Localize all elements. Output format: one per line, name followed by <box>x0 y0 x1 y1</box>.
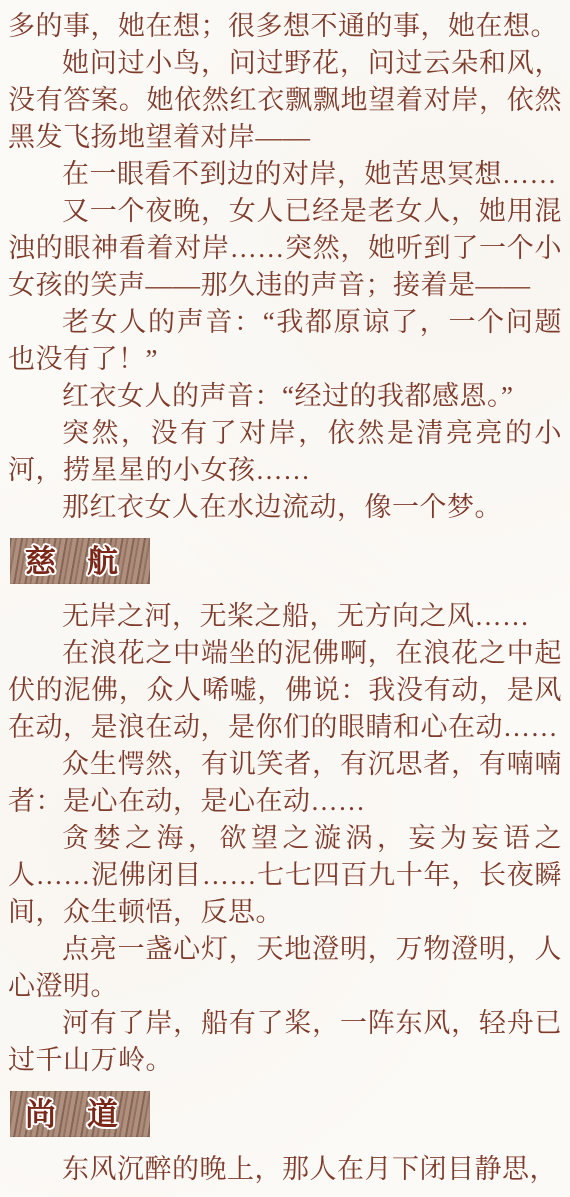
paragraph: 她问过小鸟，问过野花，问过云朵和风，没有答案。她依然红衣飘飘地望着对岸，依然黑发… <box>8 45 562 156</box>
section-heading-box-shangdao: 尚 道 <box>10 1091 150 1137</box>
paragraph: 老女人的声音：“我都原谅了，一个问题也没有了！” <box>8 304 562 378</box>
section-title: 慈 航 <box>25 546 118 577</box>
paragraph: 突然，没有了对岸，依然是清亮亮的小河，捞星星的小女孩…… <box>8 415 562 489</box>
section-heading-box-cihang: 慈 航 <box>10 538 150 584</box>
paragraph: 在一眼看不到边的对岸，她苦思冥想…… <box>8 156 562 193</box>
paragraph: 点亮一盏心灯，天地澄明，万物澄明，人心澄明。 <box>8 931 562 1005</box>
paragraph: 红衣女人的声音：“经过的我都感恩。” <box>8 378 562 415</box>
section-title: 尚 道 <box>25 1099 118 1130</box>
paragraph: 又一个夜晚，女人已经是老女人，她用混浊的眼神看着对岸……突然，她听到了一个小女孩… <box>8 193 562 304</box>
paragraph: 在浪花之中端坐的泥佛啊，在浪花之中起伏的泥佛，众人唏嘘，佛说：我没有动，是风在动… <box>8 635 562 746</box>
paragraph: 东风沉醉的晚上，那人在月下闭目静思， <box>8 1151 562 1188</box>
paragraph-continuation: 多的事，她在想；很多想不通的事，她在想。 <box>8 8 562 45</box>
paragraph: 无岸之河，无桨之船，无方向之风…… <box>8 598 562 635</box>
paragraph: 众生愕然，有讥笑者，有沉思者，有喃喃者：是心在动，是心在动…… <box>8 746 562 820</box>
paragraph: 贪婪之海，欲望之漩涡，妄为妄语之人……泥佛闭目……七七四百九十年，长夜瞬间，众生… <box>8 820 562 931</box>
paragraph: 河有了岸，船有了桨，一阵东风，轻舟已过千山万岭。 <box>8 1005 562 1079</box>
paragraph: 那红衣女人在水边流动，像一个梦。 <box>8 489 562 526</box>
book-page: 多的事，她在想；很多想不通的事，她在想。 她问过小鸟，问过野花，问过云朵和风，没… <box>0 0 570 1197</box>
